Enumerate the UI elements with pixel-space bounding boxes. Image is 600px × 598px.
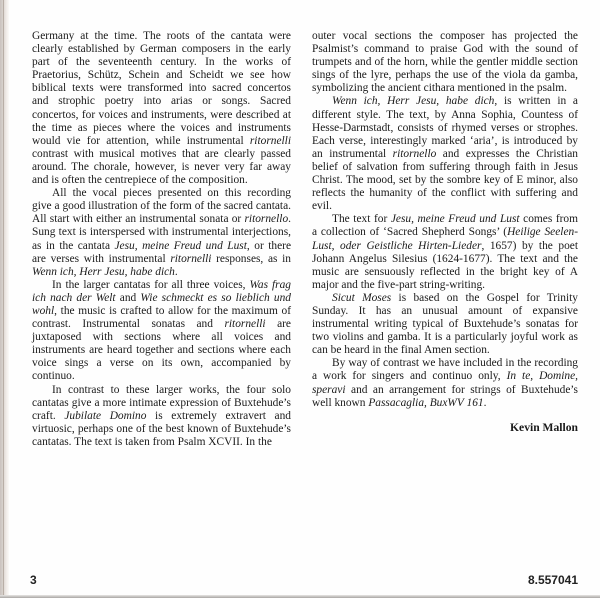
author-signature: Kevin Mallon	[312, 421, 578, 434]
italic-title-text: ritornello	[393, 148, 437, 160]
catalogue-number: 8.557041	[528, 573, 578, 587]
italic-title-text: ritornelli	[250, 135, 291, 147]
page-number: 3	[30, 573, 37, 587]
paragraph: In the larger cantatas for all three voi…	[32, 279, 291, 384]
italic-title-text: Jesu, meine Freud und Lust	[115, 240, 247, 252]
italic-title-text: Passacaglia, BuxWV 161	[368, 397, 483, 409]
body-text: In the larger cantatas for all three voi…	[52, 279, 249, 291]
right-column-paragraphs: outer vocal sections the composer has pr…	[312, 30, 578, 410]
italic-title-text: ritornello	[244, 213, 288, 225]
paragraph: outer vocal sections the composer has pr…	[312, 30, 578, 95]
body-text: contrast with musical motives that are c…	[32, 148, 291, 186]
italic-title-text: ritornelli	[224, 318, 265, 330]
body-text: The text for	[332, 213, 391, 225]
paragraph: Wenn ich, Herr Jesu, habe dich, is writt…	[312, 95, 578, 213]
italic-title-text: Jubilate Domino	[64, 410, 146, 422]
body-text: and	[116, 292, 141, 304]
body-text: responses, as in	[211, 253, 291, 265]
paragraph: All the vocal pieces presented on this r…	[32, 187, 291, 279]
binding-line	[3, 0, 4, 598]
left-text-column: Germany at the time. The roots of the ca…	[32, 30, 291, 449]
paragraph: By way of contrast we have included in t…	[312, 357, 578, 409]
paragraph: Sicut Moses is based on the Gospel for T…	[312, 292, 578, 357]
paragraph: Germany at the time. The roots of the ca…	[32, 30, 291, 187]
body-text: Germany at the time. The roots of the ca…	[32, 30, 291, 147]
body-text: .	[175, 266, 178, 278]
body-text: outer vocal sections the composer has pr…	[312, 30, 578, 94]
body-text: .	[484, 397, 487, 409]
italic-title-text: Wenn ich, Herr Jesu, habe dich	[332, 95, 494, 107]
page-edge-shadow	[0, 0, 9, 598]
italic-title-text: Jesu, meine Freud und Lust	[391, 213, 520, 225]
paragraph: In contrast to these larger works, the f…	[32, 384, 291, 449]
italic-title-text: Wenn ich, Herr Jesu, habe dich	[32, 266, 175, 278]
paragraph: The text for Jesu, meine Freud und Lust …	[312, 213, 578, 292]
italic-title-text: ritornelli	[170, 253, 211, 265]
italic-title-text: Sicut Moses	[332, 292, 391, 304]
right-text-column: outer vocal sections the composer has pr…	[312, 30, 578, 434]
